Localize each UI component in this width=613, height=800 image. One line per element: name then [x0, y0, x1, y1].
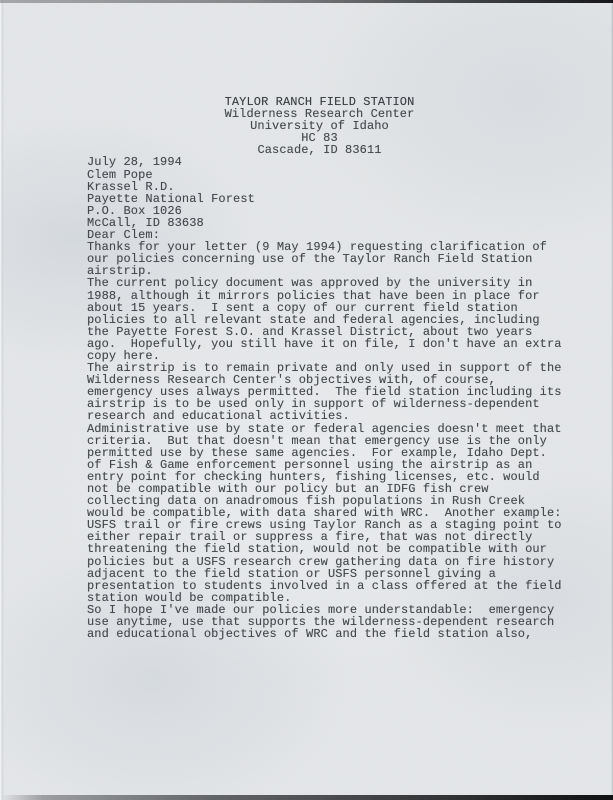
letter-body: July 28, 1994 Clem Pope Krassel R.D. Pay… [87, 156, 613, 640]
scan-edge-top [0, 0, 613, 3]
body-paragraph-1: Thanks for your letter (9 May 1994) requ… [87, 241, 613, 277]
recipient-address: Clem Pope Krassel R.D. Payette National … [87, 169, 613, 229]
scan-edge-left [0, 0, 4, 800]
scan-edge-bottom [0, 795, 613, 800]
letterhead-city-line: Cascade, ID 83611 [13, 144, 613, 156]
scanned-letter-page: TAYLOR RANCH FIELD STATION Wilderness Re… [0, 0, 613, 800]
letter-content: TAYLOR RANCH FIELD STATION Wilderness Re… [0, 0, 613, 800]
letterhead: TAYLOR RANCH FIELD STATION Wilderness Re… [13, 96, 613, 156]
body-paragraph-4: Administrative use by state or federal a… [87, 423, 613, 604]
body-paragraph-3: The airstrip is to remain private and on… [87, 362, 613, 422]
body-paragraph-2: The current policy document was approved… [87, 277, 613, 362]
letter-date: July 28, 1994 [87, 156, 613, 168]
body-paragraph-5: So I hope I've made our policies more un… [87, 604, 613, 640]
